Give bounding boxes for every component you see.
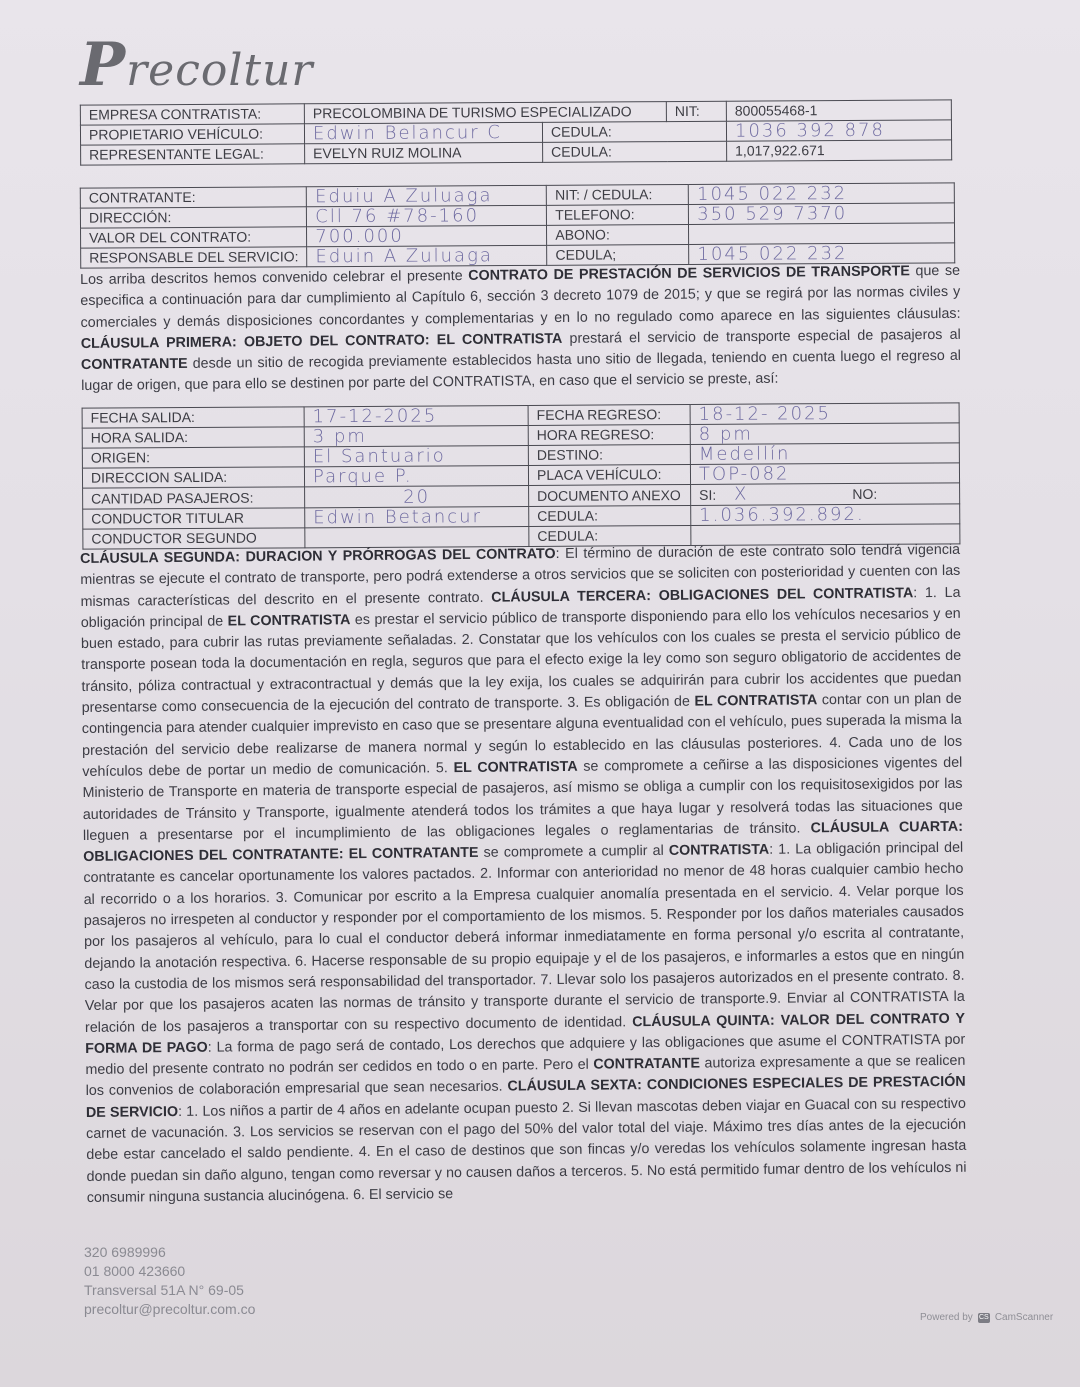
cedula-label: CEDULA: [543,141,727,162]
bold-term: EL CONTRATISTA [453,759,577,776]
telefono-value[interactable]: 350 529 7370 [689,203,955,225]
cedula-label: CEDULA; [547,244,689,265]
intro-text: desde un sitio de recogida previamente e… [81,348,961,395]
address: Transversal 51A N° 69-05 [84,1281,255,1300]
logo-initial: P [80,30,126,100]
direccion-value[interactable]: Cll 76 #78-160 [307,205,547,226]
clause-text: : 1. La obligación principal del contrat… [83,840,964,1036]
intro-text: Los arriba descritos hemos convenido cel… [80,268,468,288]
documento-anexo-label: DOCUMENTO ANEXO [529,484,691,506]
fecha-salida-label: FECHA SALIDA: [82,407,304,428]
cedula-label: CEDULA: [542,121,726,142]
bold-term: CONTRATANTE [81,356,188,373]
contratante-value[interactable]: Eduiu A Zuluaga [307,185,547,206]
cedula-label: CEDULA: [529,505,691,526]
clause-heading: CLÁUSULA SEGUNDA: DURACION Y PRÓRROGAS D… [80,546,556,567]
phone-number: 320 6989996 [84,1243,255,1262]
bold-term: EL CONTRATISTA [228,612,351,629]
origen-value[interactable]: El Santuario [304,445,528,466]
powered-by-label: Powered by [920,1312,973,1323]
clause-heading: CLÁUSULA TERCERA: OBLIGACIONES DEL CONTR… [491,585,913,605]
intro-text: prestará el servicio de transporte espec… [562,327,961,347]
responsable-label: RESPONSABLE DEL SERVICIO: [81,247,307,268]
direccion-salida-label: DIRECCION SALIDA: [82,467,304,488]
hora-regreso-label: HORA REGRESO: [528,424,690,445]
placa-value[interactable]: TOP-082 [690,463,959,485]
abono-label: ABONO: [547,224,689,245]
propietario-value[interactable]: Edwin Belancur C [304,122,542,143]
direccion-salida-value[interactable]: Parque P. [304,465,528,486]
clauses-paragraph: CLÁUSULA SEGUNDA: DURACION Y PRÓRROGAS D… [80,540,967,1209]
representante-value: EVELYN RUIZ MOLINA [305,142,543,163]
si-checkbox[interactable]: X [734,484,748,505]
documento-anexo-options: SI: X NO: [691,483,960,506]
nit-cedula-label: NIT: / CEDULA: [547,184,689,205]
valor-value[interactable]: 700.000 [307,225,547,246]
clause-text: se compromete a cumplir al [478,843,668,861]
empresa-value: PRECOLOMBINA DE TURISMO ESPECIALIZADO [304,102,666,124]
fecha-regreso-value[interactable]: 18-12- 2025 [690,403,959,425]
camscanner-brand: CamScanner [995,1312,1053,1323]
bold-term: CONTRATANTE [593,1056,700,1073]
empresa-label: EMPRESA CONTRATISTA: [80,104,304,125]
nit-cedula-value[interactable]: 1045 022 232 [689,183,955,205]
camscanner-icon: CS [978,1313,990,1323]
representante-cedula-value: 1,017,922.671 [727,140,952,161]
contratante-label: CONTRATANTE: [80,187,306,208]
client-info-table: CONTRATANTE: Eduiu A Zuluaga NIT: / CEDU… [80,182,955,268]
telefono-label: TELEFONO: [547,204,689,225]
email: precoltur@precoltur.com.co [84,1300,255,1319]
toll-free-number: 01 8000 423660 [84,1262,255,1281]
no-label: NO: [852,486,877,502]
company-logo: Precoltur [80,30,313,100]
hora-regreso-value[interactable]: 8 pm [690,423,959,445]
destino-value[interactable]: Medellín [690,443,959,465]
camscanner-watermark: Powered by CS CamScanner [920,1312,1053,1323]
valor-label: VALOR DEL CONTRATO: [81,227,307,248]
pasajeros-label: CANTIDAD PASAJEROS: [83,487,305,509]
trip-details-table: FECHA SALIDA: 17-12-2025 FECHA REGRESO: … [82,402,961,549]
contract-title: CONTRATO DE PRESTACIÓN DE SERVICIOS DE T… [468,263,910,284]
conductor-titular-label: CONDUCTOR TITULAR [83,508,305,529]
conductor-segundo-label: CONDUCTOR SEGUNDO [83,528,305,549]
conductor-titular-cedula-value[interactable]: 1.036.392.892. [691,504,960,526]
fecha-salida-value[interactable]: 17-12-2025 [304,405,528,426]
nit-value: 800055468-1 [726,100,951,121]
clause-heading: CLÁUSULA PRIMERA: OBJETO DEL CONTRATO: E… [81,331,563,352]
direccion-label: DIRECCIÓN: [80,207,306,228]
fecha-regreso-label: FECHA REGRESO: [528,404,690,425]
hora-salida-value[interactable]: 3 pm [304,425,528,446]
company-info-table: EMPRESA CONTRATISTA: PRECOLOMBINA DE TUR… [80,99,952,165]
logo-text: recoltur [126,45,313,96]
nit-label: NIT: [666,101,726,121]
hora-salida-label: HORA SALIDA: [82,427,304,448]
bold-term: EL CONTRATISTA [694,692,817,709]
origen-label: ORIGEN: [82,447,304,468]
propietario-cedula-value[interactable]: 1036 392 878 [726,120,951,141]
bold-term: CONTRATISTA [669,842,770,859]
abono-value[interactable] [689,223,955,245]
destino-label: DESTINO: [528,444,690,465]
conductor-titular-value[interactable]: Edwin Betancur [305,506,529,527]
pasajeros-value[interactable]: 20 [305,485,529,507]
intro-paragraph: Los arriba descritos hemos convenido cel… [80,261,961,398]
representante-label: REPRESENTANTE LEGAL: [81,144,305,165]
propietario-label: PROPIETARIO VEHÍCULO: [80,124,304,145]
si-label: SI: [699,487,716,503]
placa-label: PLACA VEHÍCULO: [528,464,690,485]
responsable-value[interactable]: Eduin A Zuluaga [307,245,547,266]
clause-text: : 1. Los niños a partir de 4 años en ade… [86,1095,967,1205]
company-contact-footer: 320 6989996 01 8000 423660 Transversal 5… [84,1243,255,1319]
